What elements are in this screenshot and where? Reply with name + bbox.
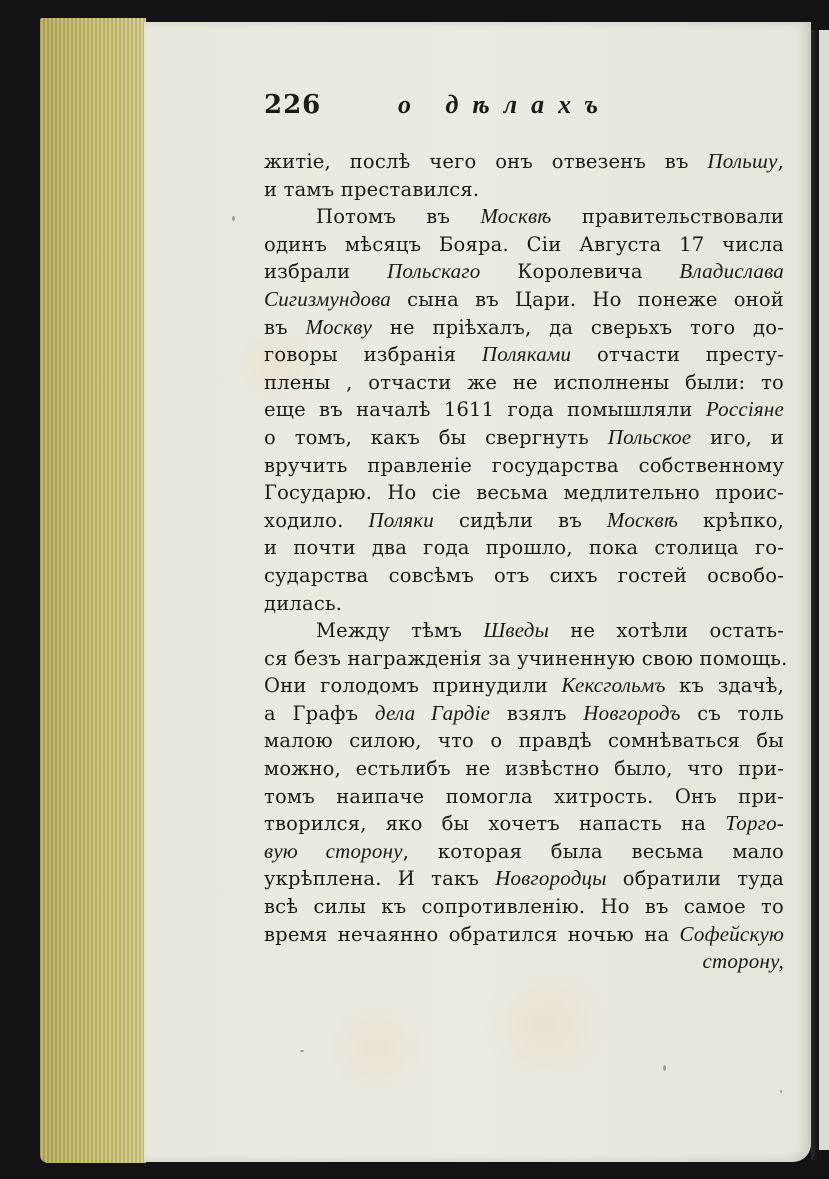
text-segment: а Графъ [264, 702, 375, 725]
text-segment: и почти два года прошло, пока столица го… [264, 536, 784, 559]
text-segment: Они голодомъ принудили [264, 674, 561, 697]
text-line: Потомъ въ Москвѣ правительствовали [264, 203, 784, 231]
text-segment: ходило. [264, 509, 368, 532]
text-line: плены , отчасти же не исполнены были: то [264, 369, 784, 397]
text-segment: въ [264, 316, 306, 339]
italic-text-segment: Софейскую [680, 922, 784, 946]
text-segment: одинъ мѣсяцъ Бояра. Сіи Августа 17 числа [264, 233, 784, 256]
italic-text-segment: Москвѣ [607, 508, 678, 532]
text-line: и почти два года прошло, пока столица го… [264, 534, 784, 562]
running-head-title: о дѣлахъ [398, 90, 612, 120]
text-segment: Между тѣмъ [316, 619, 483, 642]
text-segment: обратили туда [607, 867, 784, 890]
text-line: о томъ, какъ бы свергнуть Польское иго, … [264, 424, 784, 452]
italic-text-segment: Торго- [725, 811, 784, 835]
text-segment: къ здачѣ, [666, 674, 784, 697]
text-line: Государю. Но сіе весьма медлительно прои… [264, 479, 784, 507]
text-segment: взялъ [490, 702, 583, 725]
book-page-edges [40, 18, 146, 1163]
paper-speck [663, 1065, 666, 1071]
text-segment: Королевича [480, 260, 679, 283]
book-gutter [811, 30, 819, 1160]
text-line: еще въ началѣ 1611 года помышляли Россія… [264, 396, 784, 424]
page-text-block: 226 о дѣлахъ житіе, послѣ чего онъ отвез… [264, 90, 784, 976]
text-segment: еще въ началѣ 1611 года помышляли [264, 398, 706, 421]
text-line: избрали Польскаго Королевича Владислава [264, 258, 784, 286]
text-segment: творился, яко бы хочетъ напасть на [264, 812, 725, 835]
text-segment: о томъ, какъ бы свергнуть [264, 426, 608, 449]
text-line: и тамъ преставился. [264, 176, 784, 204]
text-segment: , которая была весьма мало [403, 840, 784, 863]
italic-text-segment: Новгородцы [495, 866, 607, 890]
text-segment: томъ наипаче помогла хитрость. Онъ при- [264, 785, 784, 808]
text-segment: Потомъ въ [316, 205, 480, 228]
text-segment: укрѣплена. И такъ [264, 867, 495, 890]
text-segment: дилась. [264, 592, 342, 615]
italic-text-segment: Россіяне [706, 397, 784, 421]
text-line: всѣ силы къ сопротивленію. Но въ самое т… [264, 893, 784, 921]
italic-text-segment: вую сторону [264, 839, 403, 863]
text-segment: не хотѣли остать- [549, 619, 784, 642]
text-segment: время нечаянно обратился ночью на [264, 923, 680, 946]
text-line: время нечаянно обратился ночью на Софейс… [264, 921, 784, 949]
text-line: творился, яко бы хочетъ напасть на Торго… [264, 810, 784, 838]
italic-text-segment: Москву [306, 315, 372, 339]
text-segment: отчасти престу- [571, 343, 784, 366]
text-segment: можно, естьлибъ не извѣстно было, что пр… [264, 757, 784, 780]
running-head: 226 о дѣлахъ [264, 90, 784, 130]
italic-text-segment: Поляками [482, 342, 571, 366]
italic-text-segment: Поляки [368, 508, 434, 532]
text-line: дилась. [264, 590, 784, 618]
scan-scene: 226 о дѣлахъ житіе, послѣ чего онъ отвез… [0, 0, 829, 1179]
italic-text-segment: дела Гардіе [375, 701, 490, 725]
text-line: вручить правленіе государства собственно… [264, 452, 784, 480]
text-line: вую сторону, которая была весьма мало [264, 838, 784, 866]
italic-text-segment: Новгородъ [583, 701, 680, 725]
text-line: сторону, [264, 948, 784, 976]
text-segment: плены , отчасти же не исполнены были: то [264, 371, 784, 394]
text-segment: говоры избранія [264, 343, 482, 366]
text-line: ходило. Поляки сидѣли въ Москвѣ крѣпко, [264, 507, 784, 535]
text-line: говоры избранія Поляками отчасти престу- [264, 341, 784, 369]
page-number: 226 [264, 90, 374, 120]
italic-text-segment: Сигизмундова [264, 287, 391, 311]
text-segment: избрали [264, 260, 387, 283]
text-segment: крѣпко, [678, 509, 784, 532]
text-segment: вручить правленіе государства собственно… [264, 454, 784, 477]
italic-text-segment: Владислава [679, 259, 784, 283]
text-segment: и тамъ преставился. [264, 178, 479, 201]
text-line: житіе, послѣ чего онъ отвезенъ въ Польшу… [264, 148, 784, 176]
paper-speck [780, 1090, 782, 1093]
text-segment: съ толь [681, 702, 784, 725]
text-line: можно, естьлибъ не извѣстно было, что пр… [264, 755, 784, 783]
text-segment: ся безъ награжденія за учиненную свою по… [264, 647, 788, 670]
text-segment: иго, и [691, 426, 784, 449]
text-line: ся безъ награжденія за учиненную свою по… [264, 645, 784, 673]
italic-text-segment: Москвѣ [480, 204, 551, 228]
italic-text-segment: Польскаго [387, 259, 480, 283]
italic-text-segment: Кексгольмъ [561, 673, 665, 697]
text-line: сударства совсѣмъ отъ сихъ гостей освобо… [264, 562, 784, 590]
text-segment: сидѣли въ [434, 509, 607, 532]
text-segment: житіе, послѣ чего онъ отвезенъ въ [264, 150, 707, 173]
text-line: въ Москву не пріѣхалъ, да сверьхъ того д… [264, 314, 784, 342]
text-segment: правительствовали [552, 205, 784, 228]
text-line: а Графъ дела Гардіе взялъ Новгородъ съ т… [264, 700, 784, 728]
text-segment: не пріѣхалъ, да сверьхъ того до- [372, 316, 784, 339]
italic-text-segment: Шведы [483, 618, 549, 642]
italic-text-segment: Польшу [707, 149, 777, 173]
text-line: малою силою, что о правдѣ сомнѣваться бы [264, 727, 784, 755]
text-line: Они голодомъ принудили Кексгольмъ къ зда… [264, 672, 784, 700]
text-segment: , [778, 150, 784, 173]
text-segment: малою силою, что о правдѣ сомнѣваться бы [264, 729, 784, 752]
text-segment: всѣ силы къ сопротивленію. Но въ самое т… [264, 895, 784, 918]
text-line: одинъ мѣсяцъ Бояра. Сіи Августа 17 числа [264, 231, 784, 259]
text-line: томъ наипаче помогла хитрость. Онъ при- [264, 783, 784, 811]
paper-speck [300, 1050, 304, 1052]
text-segment: сына въ Цари. Но понеже оной [391, 288, 784, 311]
facing-page-edge [819, 30, 829, 1150]
text-segment: Государю. Но сіе весьма медлительно прои… [264, 481, 784, 504]
text-line: Сигизмундова сына въ Цари. Но понеже оно… [264, 286, 784, 314]
italic-text-segment: Польское [608, 425, 692, 449]
paper-speck [232, 216, 235, 221]
italic-text-segment: сторону, [702, 949, 784, 973]
text-segment: сударства совсѣмъ отъ сихъ гостей освобо… [264, 564, 784, 587]
body-text: житіе, послѣ чего онъ отвезенъ въ Польшу… [264, 148, 784, 976]
text-line: укрѣплена. И такъ Новгородцы обратили ту… [264, 865, 784, 893]
text-line: Между тѣмъ Шведы не хотѣли остать- [264, 617, 784, 645]
